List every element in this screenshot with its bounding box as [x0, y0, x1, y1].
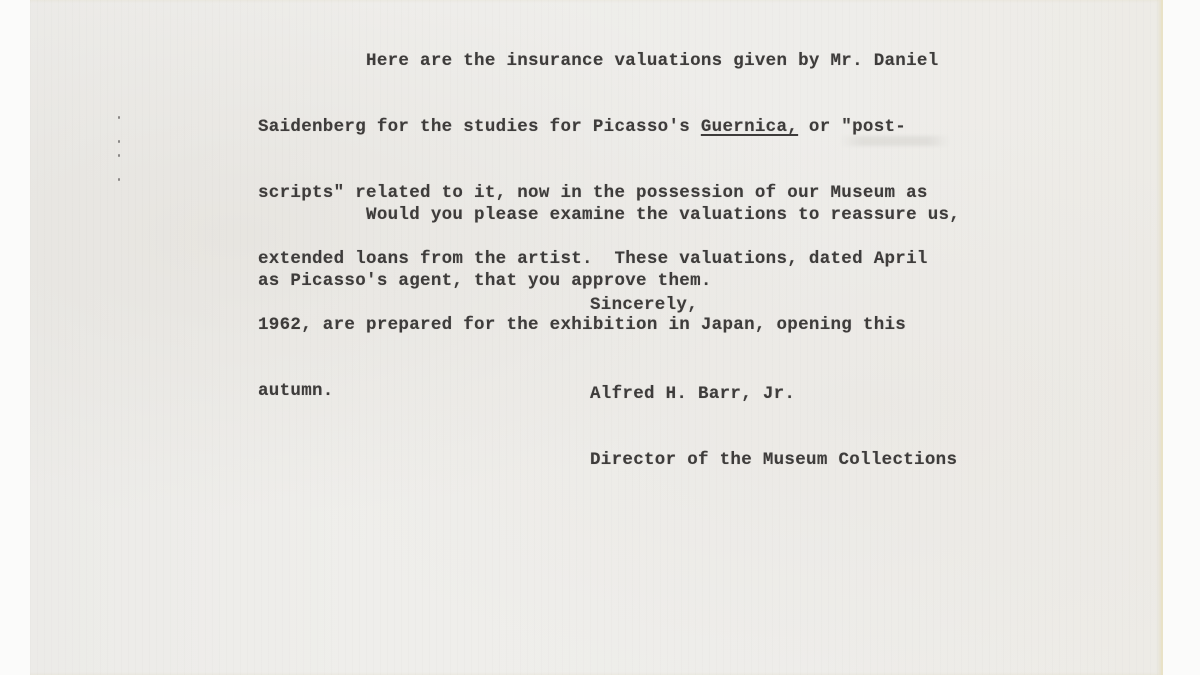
line-text: autumn.	[258, 381, 334, 401]
signatory-title: Director of the Museum Collections	[590, 449, 957, 471]
signatory-name: Alfred H. Barr, Jr.	[590, 383, 957, 405]
closing: Sincerely,	[590, 250, 698, 338]
paragraph-line: Saidenberg for the studies for Picasso's…	[258, 116, 939, 138]
paragraph-line: Would you please examine the valuations …	[258, 204, 960, 226]
guernica-title: Guernica,	[701, 117, 798, 137]
margin-marks	[114, 112, 126, 192]
signature-block: Alfred H. Barr, Jr. Director of the Muse…	[590, 339, 957, 493]
line-text: Here are the insurance valuations given …	[258, 51, 939, 71]
line-text: Would you please examine the valuations …	[258, 205, 960, 225]
closing-text: Sincerely,	[590, 294, 698, 316]
line-text: 1962, are prepared for the exhibition in…	[258, 315, 906, 335]
line-text: Saidenberg for the studies for Picasso's	[258, 117, 701, 137]
line-text: or "post-	[798, 117, 906, 137]
paragraph-line: Here are the insurance valuations given …	[258, 50, 939, 72]
